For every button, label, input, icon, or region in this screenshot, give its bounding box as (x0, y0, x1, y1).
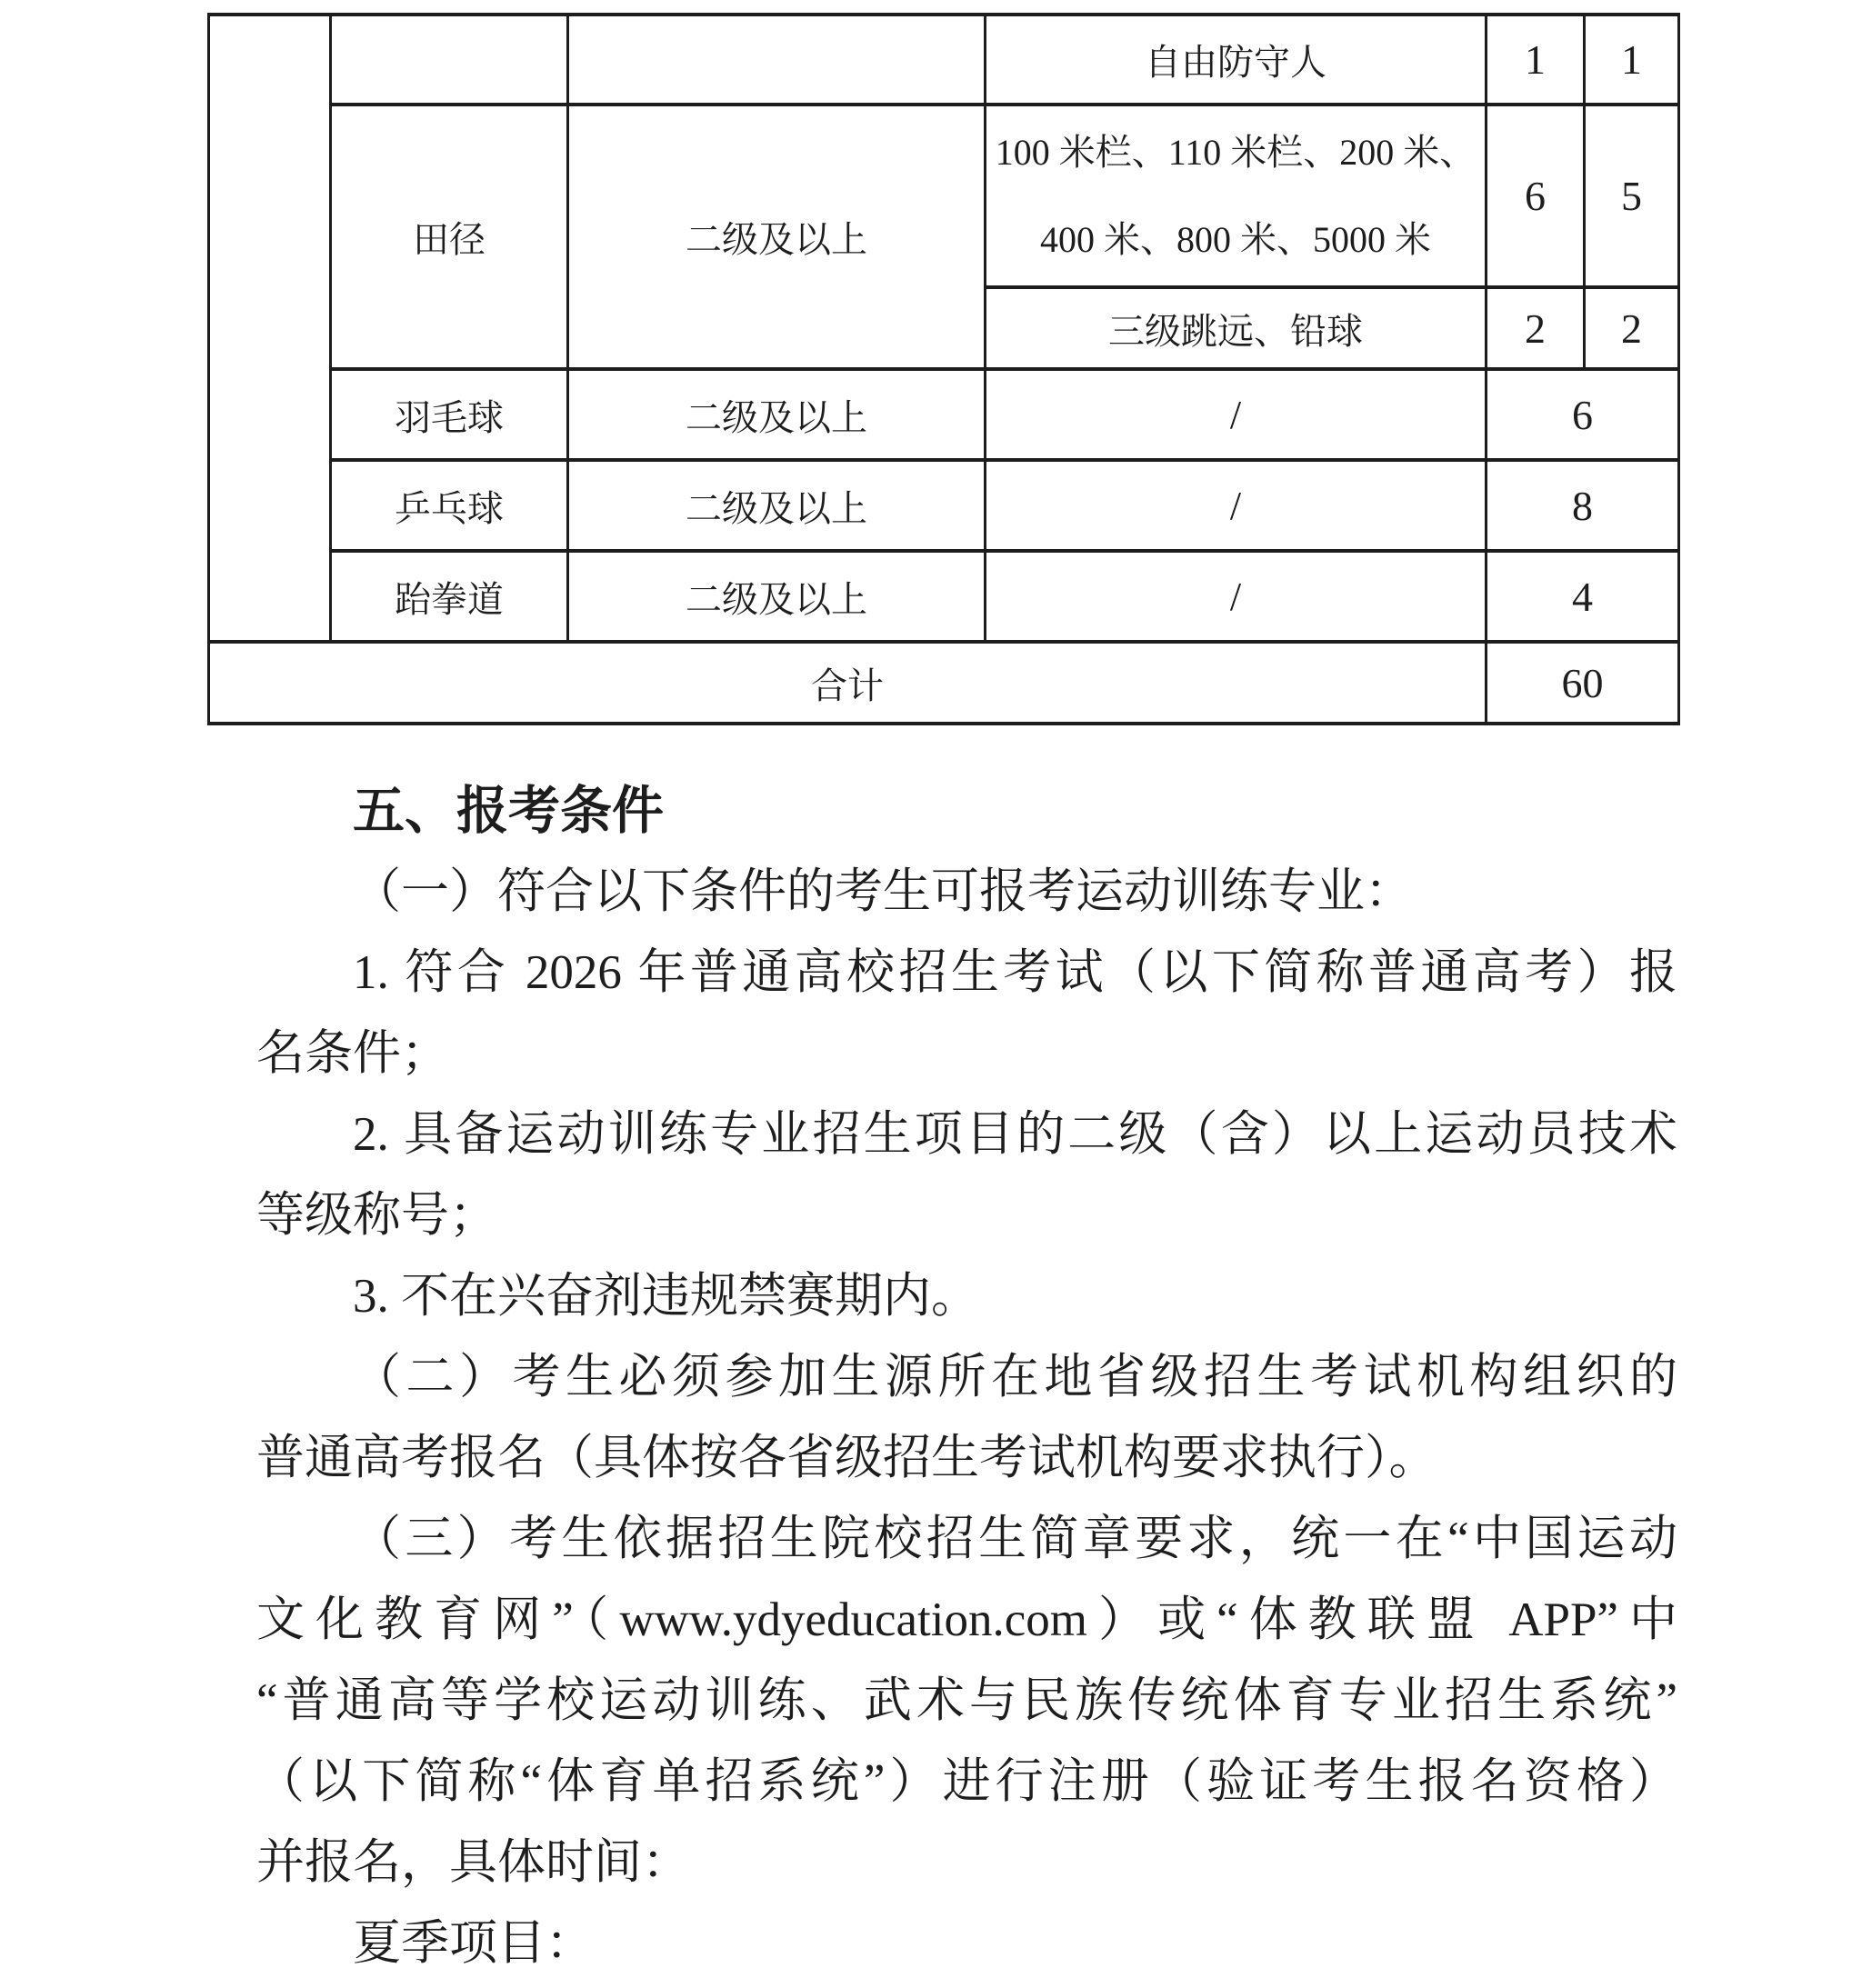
cell-num1-r3: 2 (1487, 287, 1585, 369)
doc-line: “普通高等学校运动训练、武术与民族传统体育专业招生系统” (256, 1661, 1677, 1742)
cell-num2-r3: 2 (1585, 287, 1679, 369)
table-row: 乒乓球 二级及以上 / 8 (209, 460, 1679, 551)
cell-num-taekwondo: 4 (1487, 551, 1679, 642)
doc-line: 1. 符合 2026 年普通高校招生考试（以下简称普通高考）报 (256, 933, 1677, 1014)
cell-sport-athletics: 田径 (331, 105, 568, 369)
doc-line: （一）符合以下条件的考生可报考运动训练专业： (256, 852, 1677, 933)
event-line-1: 100 米栏、110 米栏、200 米、 (986, 109, 1485, 196)
doc-line: （三）考生依据招生院校招生简章要求，统一在“中国运动 (256, 1499, 1677, 1580)
cell-level-empty (568, 15, 986, 105)
doc-line: 夏季项目： (256, 1903, 1677, 1984)
document-page: { "page": { "background": "#ffffff", "te… (0, 0, 1862, 1988)
cell-level-badminton: 二级及以上 (568, 369, 986, 460)
table-row: 羽毛球 二级及以上 / 6 (209, 369, 1679, 460)
table-row-total: 合计 60 (209, 642, 1679, 724)
cell-sport-tabletennis: 乒乓球 (331, 460, 568, 551)
cell-num2-r1: 1 (1585, 15, 1679, 105)
cell-level-tabletennis: 二级及以上 (568, 460, 986, 551)
doc-line: 等级称号； (256, 1175, 1677, 1256)
cell-event-jump-shot: 三级跳远、铅球 (986, 287, 1487, 369)
section-heading: 五、报考条件 (256, 771, 1677, 852)
cell-event-libero: 自由防守人 (986, 15, 1487, 105)
doc-line: 并报名，具体时间： (256, 1823, 1677, 1903)
cell-sport-taekwondo: 跆拳道 (331, 551, 568, 642)
doc-line: 名条件； (256, 1014, 1677, 1094)
table-row: 跆拳道 二级及以上 / 4 (209, 551, 1679, 642)
event-line-2: 400 米、800 米、5000 米 (986, 196, 1485, 284)
admission-quota-table: 自由防守人 1 1 田径 二级及以上 100 米栏、110 米栏、200 米、 … (207, 13, 1680, 725)
doc-line: （二）考生必须参加生源所在地省级招生考试机构组织的 (256, 1337, 1677, 1418)
cell-num-tabletennis: 8 (1487, 460, 1679, 551)
cell-sport-badminton: 羽毛球 (331, 369, 568, 460)
doc-line: 3. 不在兴奋剂违规禁赛期内。 (256, 1256, 1677, 1337)
cell-sport-empty (331, 15, 568, 105)
cell-num1-r2: 6 (1487, 105, 1585, 287)
table-row: 田径 二级及以上 100 米栏、110 米栏、200 米、 400 米、800 … (209, 105, 1679, 287)
cell-event-athletics-run: 100 米栏、110 米栏、200 米、 400 米、800 米、5000 米 (986, 105, 1487, 287)
cell-total-label: 合计 (209, 642, 1487, 724)
cell-event-taekwondo: / (986, 551, 1487, 642)
table-row: 自由防守人 1 1 (209, 15, 1679, 105)
cell-group-empty (209, 15, 331, 642)
doc-line: （以下简称“体育单招系统”）进行注册（验证考生报名资格） (256, 1742, 1677, 1823)
cell-level-athletics: 二级及以上 (568, 105, 986, 369)
doc-line: 普通高考报名（具体按各省级招生考试机构要求执行）。 (256, 1418, 1677, 1499)
doc-line: 2. 具备运动训练专业招生项目的二级（含）以上运动员技术 (256, 1094, 1677, 1175)
doc-line: 文化教育网”（www.ydyeducation.com）或“体教联盟 APP”中 (256, 1580, 1677, 1661)
cell-event-tabletennis: / (986, 460, 1487, 551)
cell-total-value: 60 (1487, 642, 1679, 724)
cell-level-taekwondo: 二级及以上 (568, 551, 986, 642)
cell-event-badminton: / (986, 369, 1487, 460)
cell-num-badminton: 6 (1487, 369, 1679, 460)
requirements-section: 五、报考条件 （一）符合以下条件的考生可报考运动训练专业： 1. 符合 2026… (256, 771, 1677, 1984)
cell-num1-r1: 1 (1487, 15, 1585, 105)
cell-num2-r2: 5 (1585, 105, 1679, 287)
